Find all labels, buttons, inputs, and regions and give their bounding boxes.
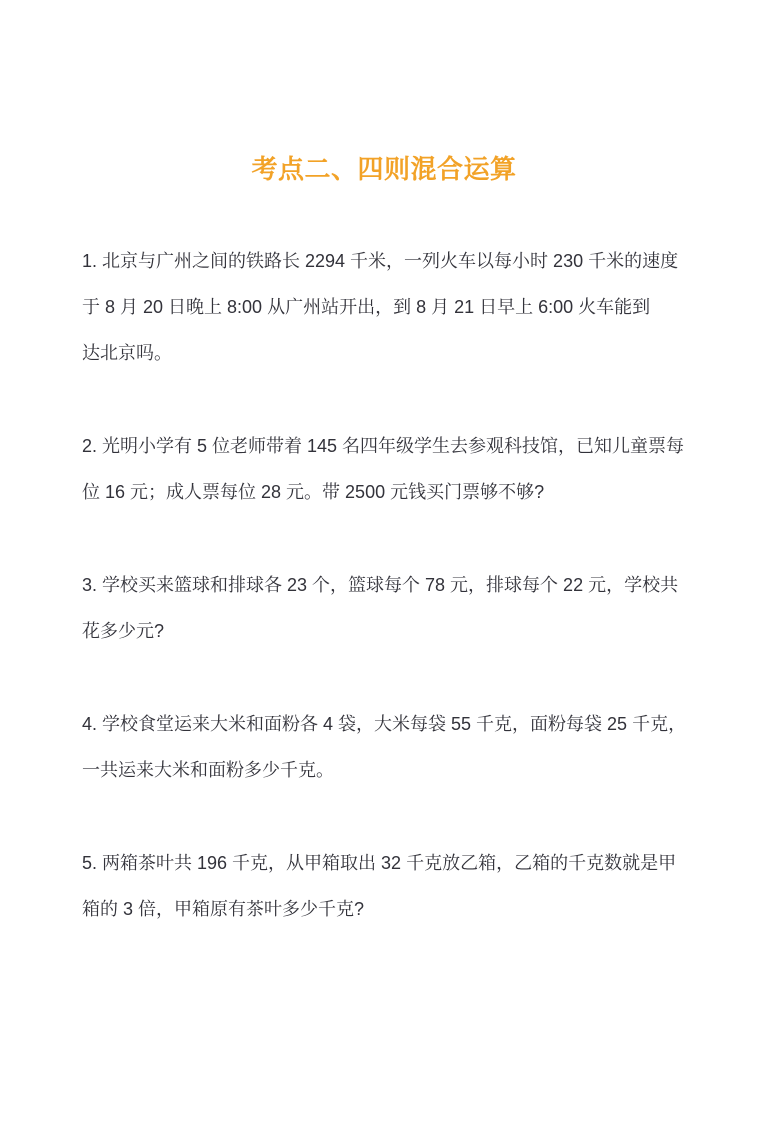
problem-3-line-1: 3. 学校买来篮球和排球各 23 个，篮球每个 78 元，排球每个 22 元，学… <box>82 562 698 608</box>
problem-4-line-2: 一共运来大米和面粉多少千克。 <box>82 747 698 793</box>
problem-2-line-1: 2. 光明小学有 5 位老师带着 145 名四年级学生去参观科技馆，已知儿童票每 <box>82 423 698 469</box>
problem-4: 4. 学校食堂运来大米和面粉各 4 袋，大米每袋 55 千克，面粉每袋 25 千… <box>82 701 698 793</box>
problem-3-line-2: 花多少元? <box>82 608 698 654</box>
problem-5-line-2: 箱的 3 倍，甲箱原有茶叶多少千克? <box>82 886 698 932</box>
problem-2: 2. 光明小学有 5 位老师带着 145 名四年级学生去参观科技馆，已知儿童票每… <box>82 423 698 515</box>
problem-1: 1. 北京与广州之间的铁路长 2294 千米，一列火车以每小时 230 千米的速… <box>82 238 698 376</box>
problem-5-line-1: 5. 两箱茶叶共 196 千克，从甲箱取出 32 千克放乙箱，乙箱的千克数就是甲 <box>82 840 698 886</box>
worksheet-page: 考点二、四则混合运算 1. 北京与广州之间的铁路长 2294 千米，一列火车以每… <box>0 0 768 1122</box>
problem-3: 3. 学校买来篮球和排球各 23 个，篮球每个 78 元，排球每个 22 元，学… <box>82 562 698 654</box>
worksheet-title: 考点二、四则混合运算 <box>0 153 768 185</box>
problem-5: 5. 两箱茶叶共 196 千克，从甲箱取出 32 千克放乙箱，乙箱的千克数就是甲… <box>82 840 698 932</box>
problem-2-line-2: 位 16 元；成人票每位 28 元。带 2500 元钱买门票够不够? <box>82 469 698 515</box>
problem-list: 1. 北京与广州之间的铁路长 2294 千米，一列火车以每小时 230 千米的速… <box>82 238 698 979</box>
problem-1-line-1: 1. 北京与广州之间的铁路长 2294 千米，一列火车以每小时 230 千米的速… <box>82 238 698 284</box>
problem-1-line-2: 于 8 月 20 日晚上 8:00 从广州站开出，到 8 月 21 日早上 6:… <box>82 284 698 330</box>
problem-1-line-3: 达北京吗。 <box>82 330 698 376</box>
problem-4-line-1: 4. 学校食堂运来大米和面粉各 4 袋，大米每袋 55 千克，面粉每袋 25 千… <box>82 701 698 747</box>
